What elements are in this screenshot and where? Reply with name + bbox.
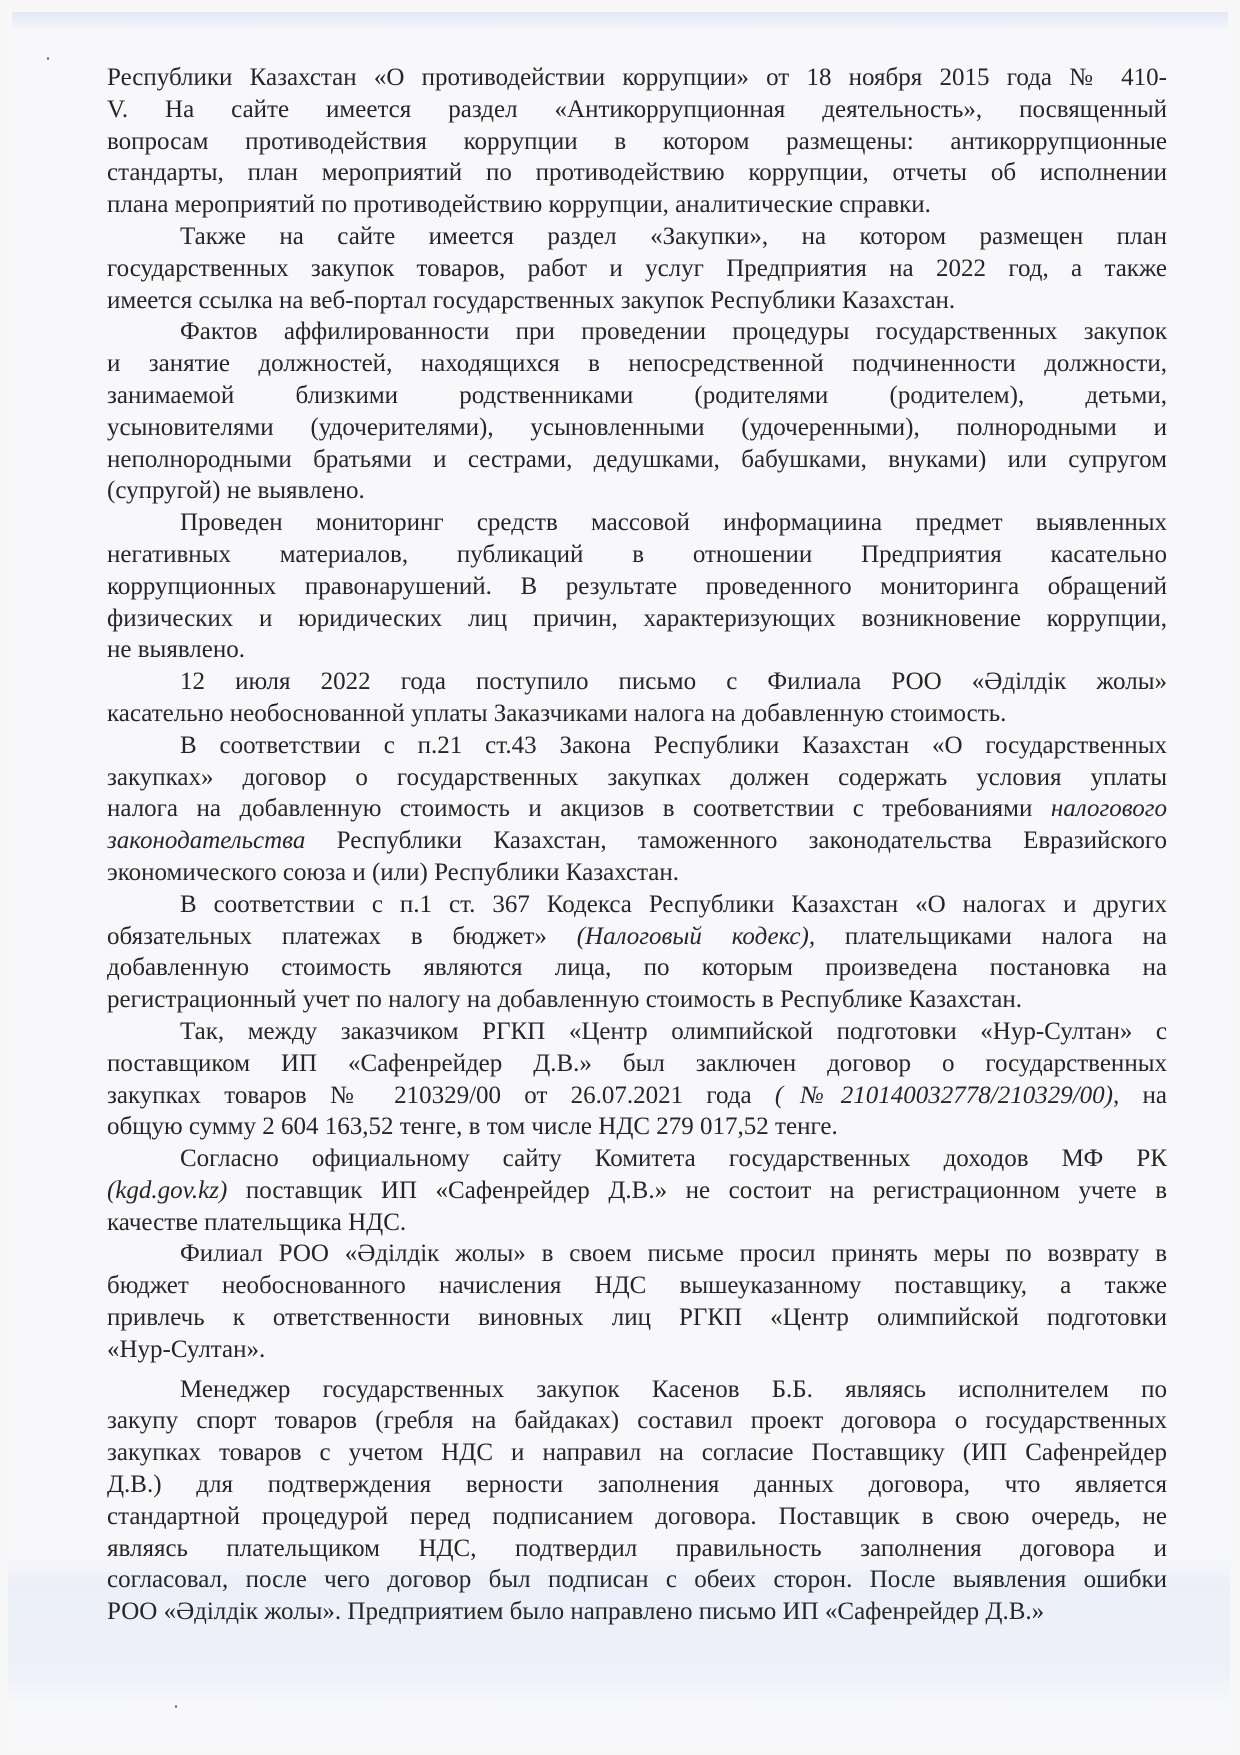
text-line: занимаемой близкими родственниками (роди… xyxy=(107,380,1167,412)
text-line: не выявлено. xyxy=(107,634,1167,666)
text-line: закупках товаров с учетом НДС и направил… xyxy=(107,1437,1167,1469)
text-line: негативных материалов, публикаций в отно… xyxy=(107,539,1167,571)
text-line: и занятие должностей, находящихся в непо… xyxy=(107,348,1167,380)
paragraph-p10: Филиал РОО «Әділдік жолы» в своем письме… xyxy=(107,1238,1167,1365)
scan-artifact-band xyxy=(12,12,1228,28)
text-line: физических и юридических лиц причин, хар… xyxy=(107,603,1167,635)
text-line: Так, между заказчиком РГКП «Центр олимпи… xyxy=(107,1016,1167,1048)
text-line: поставщиком ИП «Сафенрейдер Д.В.» был за… xyxy=(107,1048,1167,1080)
text-line: Фактов аффилированности при проведении п… xyxy=(107,316,1167,348)
text-line: Проведен мониторинг средств массовой инф… xyxy=(107,507,1167,539)
paragraph-p1: Республики Казахстан «О противодействии … xyxy=(107,62,1167,221)
paragraph-p4: Проведен мониторинг средств массовой инф… xyxy=(107,507,1167,666)
text-line: стандарты, план мероприятий по противоде… xyxy=(107,157,1167,189)
text-line: бюджет необоснованного начисления НДС вы… xyxy=(107,1270,1167,1302)
text-line: согласовал, после чего договор был подпи… xyxy=(107,1564,1167,1596)
text-line: неполнородными братьями и сестрами, деду… xyxy=(107,444,1167,476)
italic-text: (kgd.gov.kz) xyxy=(107,1177,227,1204)
paragraph-p7: В соответствии с п.1 ст. 367 Кодекса Рес… xyxy=(107,889,1167,1016)
text-line: добавленную стоимость являются лица, по … xyxy=(107,952,1167,984)
scan-speck xyxy=(47,57,49,60)
paragraph-p5: 12 июля 2022 года поступило письмо с Фил… xyxy=(107,666,1167,730)
text-line: государственных закупок товаров, работ и… xyxy=(107,253,1167,285)
scan-speck xyxy=(175,1705,177,1708)
text-line: налога на добавленную стоимость и акцизо… xyxy=(107,793,1167,825)
text-line: РОО «Әділдік жолы». Предприятием было на… xyxy=(107,1596,1167,1628)
text-line: качестве плательщика НДС. xyxy=(107,1207,1167,1239)
text-line: коррупционных правонарушений. В результа… xyxy=(107,571,1167,603)
text-line: закупках» договор о государственных заку… xyxy=(107,762,1167,794)
text-line: «Нур-Султан». xyxy=(107,1334,1167,1366)
text-line: В соответствии с п.1 ст. 367 Кодекса Рес… xyxy=(107,889,1167,921)
text-line: плана мероприятий по противодействию кор… xyxy=(107,189,1167,221)
text-line: Д.В.) для подтверждения верности заполне… xyxy=(107,1469,1167,1501)
document-body: Республики Казахстан «О противодействии … xyxy=(107,62,1167,1628)
italic-text: законодательства xyxy=(107,827,305,854)
text-line: (супругой) не выявлено. xyxy=(107,475,1167,507)
text-line: 12 июля 2022 года поступило письмо с Фил… xyxy=(107,666,1167,698)
paragraph-p11: Менеджер государственных закупок Касенов… xyxy=(107,1374,1167,1628)
text-line: закупу спорт товаров (гребля на байдаках… xyxy=(107,1405,1167,1437)
text-line: Менеджер государственных закупок Касенов… xyxy=(107,1374,1167,1406)
text-line: законодательства Республики Казахстан, т… xyxy=(107,825,1167,857)
italic-text: (Налоговый кодекс), xyxy=(577,923,815,950)
text-line: Филиал РОО «Әділдік жолы» в своем письме… xyxy=(107,1238,1167,1270)
text-line: Также на сайте имеется раздел «Закупки»,… xyxy=(107,221,1167,253)
text-line: привлечь к ответственности виновных лиц … xyxy=(107,1302,1167,1334)
paragraph-p6: В соответствии с п.21 ст.43 Закона Респу… xyxy=(107,730,1167,889)
text-line: касательно необоснованной уплаты Заказчи… xyxy=(107,698,1167,730)
text-line: являясь плательщиком НДС, подтвердил пра… xyxy=(107,1533,1167,1565)
text-line: стандартной процедурой перед подписанием… xyxy=(107,1501,1167,1533)
text-line: В соответствии с п.21 ст.43 Закона Респу… xyxy=(107,730,1167,762)
text-line: Согласно официальному сайту Комитета гос… xyxy=(107,1143,1167,1175)
paragraph-gap xyxy=(107,1366,1167,1374)
paragraph-p8: Так, между заказчиком РГКП «Центр олимпи… xyxy=(107,1016,1167,1143)
text-line: усыновителями (удочерителями), усыновлен… xyxy=(107,412,1167,444)
text-line: V. На сайте имеется раздел «Антикоррупци… xyxy=(107,94,1167,126)
text-line: регистрационный учет по налогу на добавл… xyxy=(107,984,1167,1016)
text-line: Республики Казахстан «О противодействии … xyxy=(107,62,1167,94)
text-line: обязательных платежах в бюджет» (Налогов… xyxy=(107,921,1167,953)
text-line: закупках товаров № 210329/00 от 26.07.20… xyxy=(107,1080,1167,1112)
paragraph-p2: Также на сайте имеется раздел «Закупки»,… xyxy=(107,221,1167,316)
text-line: (kgd.gov.kz) поставщик ИП «Сафенрейдер Д… xyxy=(107,1175,1167,1207)
italic-text: (№210140032778/210329/00), xyxy=(775,1082,1119,1109)
paragraph-p9: Согласно официальному сайту Комитета гос… xyxy=(107,1143,1167,1238)
text-line: экономического союза и (или) Республики … xyxy=(107,857,1167,889)
text-line: имеется ссылка на веб-портал государстве… xyxy=(107,285,1167,317)
italic-text: налогового xyxy=(1051,795,1167,822)
text-line: общую сумму 2 604 163,52 тенге, в том чи… xyxy=(107,1111,1167,1143)
text-line: вопросам противодействия коррупции в кот… xyxy=(107,126,1167,158)
paragraph-p3: Фактов аффилированности при проведении п… xyxy=(107,316,1167,507)
